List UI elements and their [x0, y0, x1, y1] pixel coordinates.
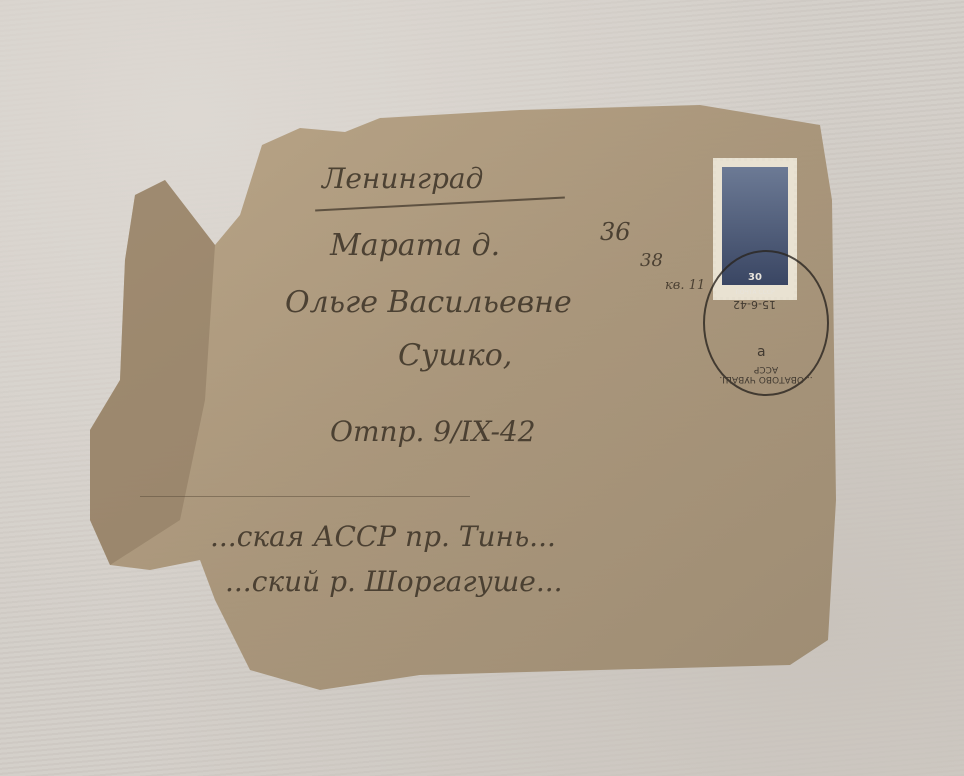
return-address-line1: ...ская АССР пр. Тинь... [210, 520, 556, 553]
address-apartment: кв. 11 [665, 278, 705, 293]
postmark-letter: а [757, 344, 766, 360]
envelope-paper [0, 0, 964, 776]
recipient-name-line1: Ольге Васильевне [285, 285, 572, 320]
envelope-divider-line [140, 496, 470, 497]
address-house-bottom: 38 [640, 250, 663, 271]
address-street: Марата д. [330, 228, 500, 263]
address-city: Ленинград [322, 162, 483, 195]
postmark-cancellation: 15-6-42 а ...ОВАТОВО ЧУВАШ. АССР [703, 250, 829, 396]
recipient-name-line2: Сушко, [398, 338, 512, 373]
address-house-top: 36 [600, 218, 631, 246]
sender-note: Отпр. 9/IX-42 [330, 415, 536, 448]
return-address-line2: ...ский р. Шоргагуше... [225, 565, 563, 598]
postmark-text: ...ОВАТОВО ЧУВАШ. АССР [711, 364, 821, 384]
postmark-date: 15-6-42 [733, 298, 776, 311]
